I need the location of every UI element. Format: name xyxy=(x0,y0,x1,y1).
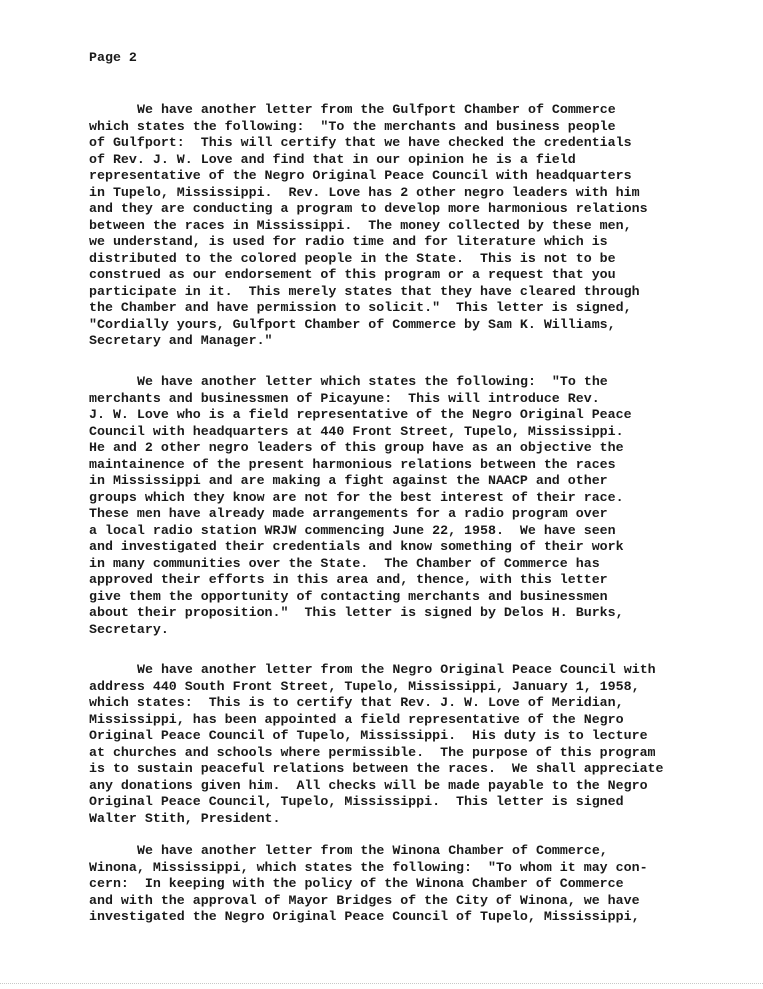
text-line: which states: This is to certify that Re… xyxy=(89,695,664,712)
scan-artifact-line xyxy=(0,983,763,985)
text-line: We have another letter from the Negro Or… xyxy=(89,662,664,679)
paragraph-peace-council-letter: We have another letter from the Negro Or… xyxy=(89,662,664,827)
text-line: the Chamber and have permission to solic… xyxy=(89,300,648,317)
text-line: in Mississippi and are making a fight ag… xyxy=(89,473,632,490)
text-line: Winona, Mississippi, which states the fo… xyxy=(89,860,648,877)
text-line: we understand, is used for radio time an… xyxy=(89,234,648,251)
text-line: He and 2 other negro leaders of this gro… xyxy=(89,440,632,457)
text-line: between the races in Mississippi. The mo… xyxy=(89,218,648,235)
text-line: cern: In keeping with the policy of the … xyxy=(89,876,648,893)
text-line: We have another letter which states the … xyxy=(89,374,632,391)
text-line: give them the opportunity of contacting … xyxy=(89,589,632,606)
text-line: of Gulfport: This will certify that we h… xyxy=(89,135,648,152)
text-line: Original Peace Council, Tupelo, Mississi… xyxy=(89,794,664,811)
text-line: in many communities over the State. The … xyxy=(89,556,632,573)
text-line: is to sustain peaceful relations between… xyxy=(89,761,664,778)
text-line: and they are conducting a program to dev… xyxy=(89,201,648,218)
text-line: Original Peace Council of Tupelo, Missis… xyxy=(89,728,664,745)
text-line: at churches and schools where permissibl… xyxy=(89,745,664,762)
paragraph-gulfport-letter: We have another letter from the Gulfport… xyxy=(89,102,648,350)
text-line: maintainence of the present harmonious r… xyxy=(89,457,632,474)
text-line: and with the approval of Mayor Bridges o… xyxy=(89,893,648,910)
text-line: about their proposition." This letter is… xyxy=(89,605,632,622)
text-line: of Rev. J. W. Love and find that in our … xyxy=(89,152,648,169)
text-line: merchants and businessmen of Picayune: T… xyxy=(89,391,632,408)
text-line: any donations given him. All checks will… xyxy=(89,778,664,795)
text-line: approved their efforts in this area and,… xyxy=(89,572,632,589)
text-line: and investigated their credentials and k… xyxy=(89,539,632,556)
text-line: groups which they know are not for the b… xyxy=(89,490,632,507)
text-line: representative of the Negro Original Pea… xyxy=(89,168,648,185)
text-line: "Cordially yours, Gulfport Chamber of Co… xyxy=(89,317,648,334)
text-line: distributed to the colored people in the… xyxy=(89,251,648,268)
text-line: We have another letter from the Gulfport… xyxy=(89,102,648,119)
text-line: investigated the Negro Original Peace Co… xyxy=(89,909,648,926)
document-page: Page 2 We have another letter from the G… xyxy=(0,0,763,989)
text-line: Secretary and Manager." xyxy=(89,333,648,350)
paragraph-picayune-letter: We have another letter which states the … xyxy=(89,374,632,638)
text-line: which states the following: "To the merc… xyxy=(89,119,648,136)
text-line: We have another letter from the Winona C… xyxy=(89,843,648,860)
paragraph-winona-letter: We have another letter from the Winona C… xyxy=(89,843,648,926)
text-line: Secretary. xyxy=(89,622,632,639)
text-line: Walter Stith, President. xyxy=(89,811,664,828)
text-line: a local radio station WRJW commencing Ju… xyxy=(89,523,632,540)
page-number-label: Page 2 xyxy=(89,50,137,65)
text-line: Council with headquarters at 440 Front S… xyxy=(89,424,632,441)
text-line: address 440 South Front Street, Tupelo, … xyxy=(89,679,664,696)
text-line: These men have already made arrangements… xyxy=(89,506,632,523)
text-line: in Tupelo, Mississippi. Rev. Love has 2 … xyxy=(89,185,648,202)
text-line: Mississippi, has been appointed a field … xyxy=(89,712,664,729)
text-line: construed as our endorsement of this pro… xyxy=(89,267,648,284)
text-line: J. W. Love who is a field representative… xyxy=(89,407,632,424)
text-line: participate in it. This merely states th… xyxy=(89,284,648,301)
